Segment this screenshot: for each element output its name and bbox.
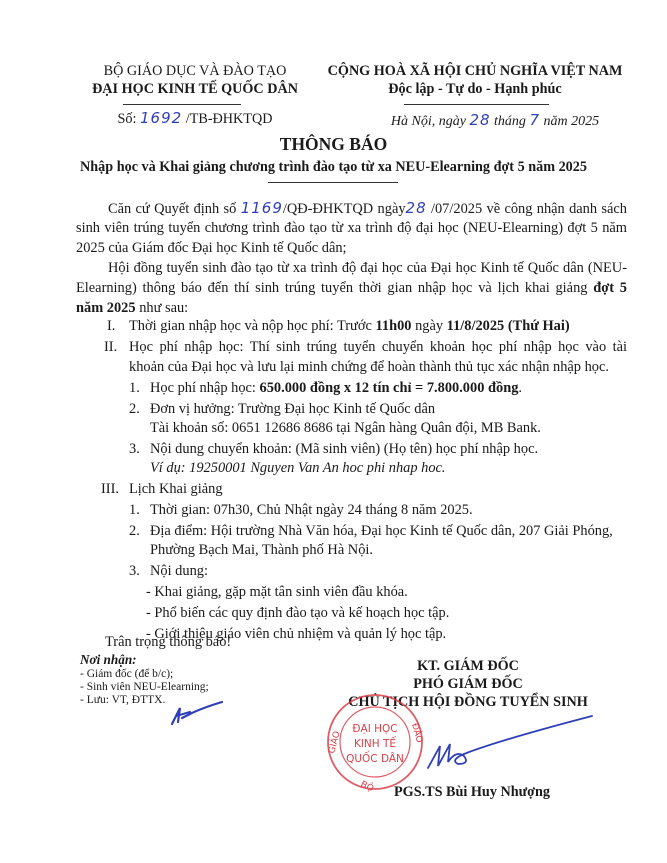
place-date-prefix: Hà Nội, ngày <box>391 114 466 129</box>
section-2-item-2: 2.Đơn vị hưởng: Trường Đại học Kinh tế Q… <box>129 400 435 419</box>
svg-text:QUỐC DÂN: QUỐC DÂN <box>346 751 404 765</box>
year-label: năm 2025 <box>543 114 599 129</box>
document-number: Số: 1692 /TB-ĐHKTQD <box>70 109 320 128</box>
signer-role-1: KT. GIÁM ĐỐC <box>322 657 614 675</box>
section-3: III.Lịch Khai giảng <box>101 480 223 499</box>
recipient-1: - Giám đốc (để b/c); <box>80 668 209 681</box>
section-3-item-2: 2.Địa điểm: Hội trường Nhà Văn hóa, Đại … <box>129 522 613 541</box>
month-handwritten: 7 <box>529 111 540 129</box>
university-name: ĐẠI HỌC KINH TẾ QUỐC DÂN <box>70 80 320 98</box>
para2-line2: Elearning) thông báo đến thí sinh trúng … <box>76 279 627 298</box>
svg-text:KINH TẾ: KINH TẾ <box>354 736 396 750</box>
decision-number-handwritten: 1169 <box>241 199 283 217</box>
section-3-item-1: 1.Thời gian: 07h30, Chủ Nhật ngày 24 thá… <box>129 501 473 520</box>
signer-name: PGS.TS Bùi Huy Nhượng <box>352 783 592 801</box>
number-label: Số: <box>118 111 137 127</box>
transfer-example: Ví dụ: 19250001 Nguyen Van An hoc phi nh… <box>150 459 446 478</box>
bank-account: Tài khoản số: 0651 12686 8686 tại Ngân h… <box>150 419 541 438</box>
section-2-item-3: 3.Nội dung chuyển khoản: (Mã sinh viên) … <box>129 440 538 459</box>
para2-line3: năm 2025 như sau: <box>76 299 188 318</box>
right-header-divider <box>404 104 549 105</box>
para1-line1: Căn cứ Quyết định số 1169/QĐ-ĐHKTQD ngày… <box>108 199 627 219</box>
svg-text:ĐẠI HỌC: ĐẠI HỌC <box>352 723 397 735</box>
recipients-title: Nơi nhận: <box>80 652 209 668</box>
initials-scribble-icon <box>168 698 228 728</box>
left-header-divider <box>123 104 241 105</box>
agenda-bullet-1: - Khai giảng, gặp mặt tân sinh viên đầu … <box>146 583 408 602</box>
number-suffix: /TB-ĐHKTQD <box>186 111 273 127</box>
decision-day-handwritten: 28 <box>406 199 427 217</box>
section-2-item-1: 1.Học phí nhập học: 650.000 đồng x 12 tí… <box>129 379 522 398</box>
number-handwritten: 1692 <box>140 109 182 127</box>
signature-scribble-icon <box>420 710 600 780</box>
section-2-numeral: II. <box>104 338 117 357</box>
header-left: BỘ GIÁO DỤC VÀ ĐÀO TẠO ĐẠI HỌC KINH TẾ Q… <box>70 62 320 98</box>
header-right: CỘNG HOÀ XÃ HỘI CHỦ NGHĨA VIỆT NAM Độc l… <box>310 62 640 98</box>
day-handwritten: 28 <box>469 111 490 129</box>
agenda-bullet-2: - Phổ biến các quy định đào tạo và kế ho… <box>146 604 449 623</box>
document-subtitle: Nhập học và Khai giảng chương trình đào … <box>0 158 667 176</box>
para1-line3: 2025 của Giám đốc Đại học Kinh tế Quốc d… <box>76 239 347 258</box>
document-title: THÔNG BÁO <box>0 133 667 155</box>
motto: Độc lập - Tự do - Hạnh phúc <box>310 80 640 98</box>
country-name: CỘNG HOÀ XÃ HỘI CHỦ NGHĨA VIỆT NAM <box>310 62 640 80</box>
title-divider <box>268 182 398 183</box>
month-label: tháng <box>494 114 526 129</box>
ministry-name: BỘ GIÁO DỤC VÀ ĐÀO TẠO <box>70 62 320 80</box>
section-2-line1: Học phí nhập học: Thí sinh trúng tuyển c… <box>129 338 627 357</box>
section-3-item-3: 3.Nội dung: <box>129 562 208 581</box>
para2-line1: Hội đồng tuyển sinh đào tạo từ xa trình … <box>108 259 627 278</box>
recipient-2: - Sinh viên NEU-Elearning; <box>80 681 209 694</box>
place-date: Hà Nội, ngày 28 tháng 7 năm 2025 <box>330 111 660 131</box>
closing-text: Trân trọng thông báo! <box>105 633 231 652</box>
section-1: I.Thời gian nhập học và nộp học phí: Trư… <box>107 317 570 336</box>
para1-line2: sinh viên trúng tuyển chương trình đào t… <box>76 219 627 238</box>
venue-line2: Phường Bạch Mai, Thành phố Hà Nội. <box>150 541 373 560</box>
section-2-line2: khoản của Đại học và lưu lại minh chứng … <box>129 358 609 377</box>
